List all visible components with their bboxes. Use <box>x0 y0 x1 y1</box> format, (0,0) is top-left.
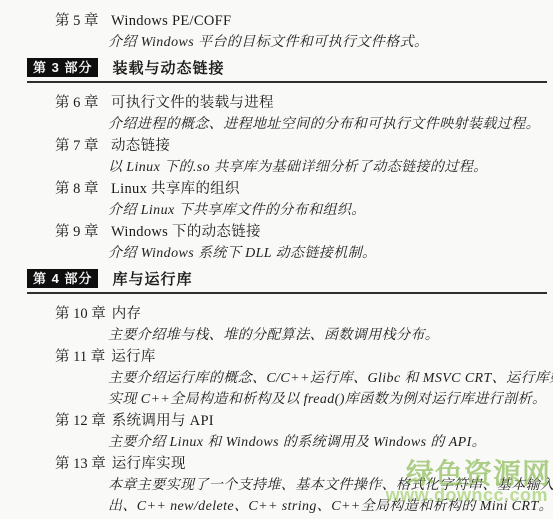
chapter-title: 动态链接 <box>111 136 170 157</box>
chapter-description: 介绍 Linux 下共享库文件的分布和组织。 <box>108 200 547 221</box>
chapter-title: 可执行文件的装载与进程 <box>111 93 274 114</box>
chapter-description: 主要介绍堆与栈、堆的分配算法、函数调用栈分布。 <box>108 325 547 346</box>
chapter-title: 内存 <box>112 304 142 325</box>
chapter-description: 介绍 Windows 系统下 DLL 动态链接机制。 <box>108 243 547 264</box>
chapter-number: 第 10 章 <box>55 304 106 325</box>
chapter-title: 系统调用与 API <box>112 411 214 432</box>
part-badge: 第 3 部分 <box>27 58 98 77</box>
chapter-heading: 第 5 章 Windows PE/COFF <box>55 11 547 32</box>
chapter-heading: 第 8 章 Linux 共享库的组织 <box>55 179 547 200</box>
toc-chapter-entry: 第 5 章 Windows PE/COFF 介绍 Windows 平台的目标文件… <box>55 11 547 53</box>
toc-chapter-entry: 第 9 章 Windows 下的动态链接 介绍 Windows 系统下 DLL … <box>55 222 547 264</box>
chapter-description: 以 Linux 下的.so 共享库为基础详细分析了动态链接的过程。 <box>108 157 547 178</box>
chapter-title: Linux 共享库的组织 <box>111 179 240 200</box>
toc-chapter-entry: 第 8 章 Linux 共享库的组织 介绍 Linux 下共享库文件的分布和组织… <box>55 179 547 221</box>
chapter-number: 第 9 章 <box>55 222 105 243</box>
toc-part-header: 第 3 部分 装载与动态链接 <box>27 57 547 83</box>
chapter-heading: 第 7 章 动态链接 <box>55 136 547 157</box>
chapter-title: 运行库 <box>111 347 155 368</box>
chapter-number: 第 6 章 <box>55 93 105 114</box>
chapter-description: 介绍 Windows 平台的目标文件和可执行文件格式。 <box>108 32 547 53</box>
chapter-heading: 第 13 章 运行库实现 <box>55 454 547 475</box>
part-title: 装载与动态链接 <box>112 57 224 78</box>
toc-chapter-entry: 第 10 章 内存 主要介绍堆与栈、堆的分配算法、函数调用栈分布。 <box>55 304 547 346</box>
chapter-description: 出、C++ new/delete、C++ string、C++全局构造和析构的 … <box>108 496 547 517</box>
toc-chapter-entry: 第 11 章 运行库 主要介绍运行库的概念、C/C++运行库、Glibc 和 M… <box>55 347 547 410</box>
chapter-heading: 第 9 章 Windows 下的动态链接 <box>55 222 547 243</box>
chapter-description: 介绍进程的概念、进程地址空间的分布和可执行文件映射装载过程。 <box>108 114 547 135</box>
chapter-number: 第 7 章 <box>55 136 105 157</box>
chapter-heading: 第 11 章 运行库 <box>55 347 547 368</box>
toc-part-header: 第 4 部分 库与运行库 <box>27 268 547 294</box>
chapter-heading: 第 6 章 可执行文件的装载与进程 <box>55 93 547 114</box>
chapter-number: 第 13 章 <box>55 454 106 475</box>
scanned-toc-page: 第 5 章 Windows PE/COFF 介绍 Windows 平台的目标文件… <box>0 0 553 519</box>
chapter-description: 本章主要实现了一个支持堆、基本文件操作、格式化字符串、基本输入输 <box>108 475 547 496</box>
chapter-heading: 第 10 章 内存 <box>55 304 547 325</box>
chapter-description: 实现 C++全局构造和析构及以 fread()库函数为例对运行库进行剖析。 <box>108 389 547 410</box>
chapter-number: 第 12 章 <box>55 411 106 432</box>
chapter-description: 主要介绍 Linux 和 Windows 的系统调用及 Windows 的 AP… <box>108 432 547 453</box>
part-title: 库与运行库 <box>112 268 192 289</box>
toc-chapter-entry: 第 13 章 运行库实现 本章主要实现了一个支持堆、基本文件操作、格式化字符串、… <box>55 454 547 517</box>
chapter-heading: 第 12 章 系统调用与 API <box>55 411 547 432</box>
chapter-title: Windows PE/COFF <box>111 11 231 32</box>
toc-chapter-entry: 第 7 章 动态链接 以 Linux 下的.so 共享库为基础详细分析了动态链接… <box>55 136 547 178</box>
chapter-number: 第 5 章 <box>55 11 105 32</box>
chapter-description: 主要介绍运行库的概念、C/C++运行库、Glibc 和 MSVC CRT、运行库… <box>108 368 547 389</box>
chapter-number: 第 11 章 <box>55 347 105 368</box>
part-badge: 第 4 部分 <box>27 269 98 288</box>
chapter-number: 第 8 章 <box>55 179 105 200</box>
toc-chapter-entry: 第 12 章 系统调用与 API 主要介绍 Linux 和 Windows 的系… <box>55 411 547 453</box>
chapter-title: Windows 下的动态链接 <box>111 222 261 243</box>
chapter-title: 运行库实现 <box>112 454 186 475</box>
toc-chapter-entry: 第 6 章 可执行文件的装载与进程 介绍进程的概念、进程地址空间的分布和可执行文… <box>55 93 547 135</box>
